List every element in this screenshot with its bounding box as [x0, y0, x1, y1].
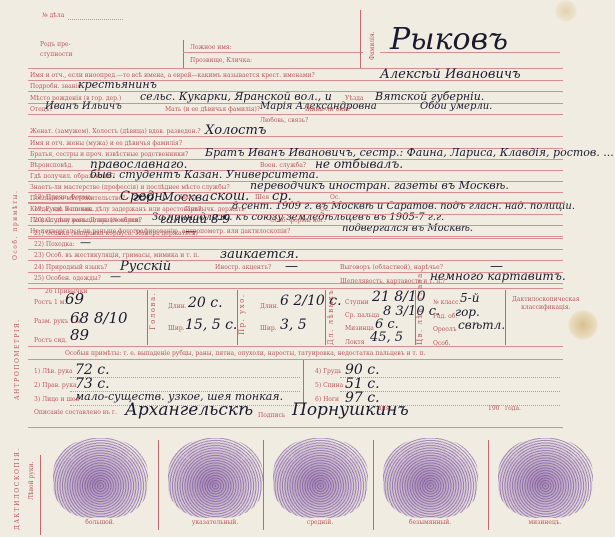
arm-span-value: 68 8/10 — [70, 311, 128, 326]
rule — [28, 288, 563, 289]
special-mark-label: 2) Прав. рука — [34, 383, 77, 389]
finger-label: указательный. — [160, 520, 270, 526]
numbered-value: скош. — [210, 190, 249, 203]
compiled-city: Архангельскѣ — [125, 402, 253, 419]
special-mark-label: 3) Лицо и шея — [34, 397, 79, 403]
case-number-line — [68, 19, 123, 20]
fingerprint-impression — [53, 438, 148, 518]
signature-value: Порнушкинъ — [292, 402, 409, 419]
numbered-value: галоши 8-9 — [160, 213, 230, 225]
divider — [263, 440, 264, 530]
false-name-divider — [183, 40, 184, 68]
left-hand-side-label: Лѣвой руки. — [28, 461, 35, 500]
height-value: 69 — [65, 292, 84, 307]
rule — [28, 202, 563, 203]
false-name-label: Ложное имя: — [190, 45, 232, 51]
forearm-value: 45, 5 — [370, 331, 403, 344]
field-label: Имя и отч. жены (мужа) и ее дѣвичья фами… — [30, 141, 182, 147]
head-length-label: Длин. — [168, 304, 187, 310]
rule — [28, 238, 563, 239]
day-label: дня — [378, 406, 389, 412]
eye-group-label: Цв. лѣв. глаза. — [416, 268, 424, 345]
field-label: Живы-ли они? — [305, 107, 350, 113]
police-registration-card: № дѣла Родъ пре- ступности Ложное имя: П… — [0, 0, 615, 537]
numbered-value: ср. — [272, 190, 292, 203]
rule — [28, 225, 563, 226]
field-label: Имя и отч., если иноопред.—то всѣ имена,… — [30, 73, 315, 79]
rule — [28, 114, 563, 115]
special-signs-side-label: Особ. примѣты. — [12, 190, 19, 260]
divider — [147, 290, 148, 345]
fingerprint-impression — [383, 438, 478, 518]
head-length-value: 20 с. — [188, 296, 223, 310]
year-label: 190 — [488, 406, 499, 412]
numbered-label: Ос. — [320, 207, 330, 213]
rule — [28, 136, 563, 137]
crime-type-label: Родъ пре- ступности — [40, 40, 73, 59]
numbered-value: Русскій — [120, 260, 171, 273]
fingerprint-impression — [168, 438, 263, 518]
sitting-height-label: Ростъ сид. — [34, 338, 67, 344]
field-label: Подробн. званіе — [30, 84, 81, 90]
field-value: Обои умерли. — [420, 102, 492, 112]
paper-stain — [555, 0, 577, 22]
fingerprint-box: указательный. — [160, 430, 270, 530]
surname-label: Фамилія. — [370, 31, 376, 60]
dactyloscopy-side-label: ДАКТИЛОСКОПІЯ. — [14, 447, 21, 530]
divider — [325, 290, 326, 345]
divider — [303, 360, 304, 405]
head-width-value: 15, 5 с. — [185, 318, 237, 332]
signature-label: Подпись — [258, 413, 285, 419]
numbered-label: Выговоръ (областной), нарѣчье? — [340, 265, 443, 271]
surname-value: Рыковъ — [390, 25, 508, 55]
nickname-label: Прозвище, Кличка: — [190, 58, 252, 64]
field-label: Мать (и ее дѣвичья фамилія)? — [165, 107, 260, 113]
numbered-value: — — [185, 226, 196, 237]
dactylo-class-label: Дактилоскопическая классификація. — [512, 296, 580, 313]
field-label: Женат. (замужем). Холостъ (дѣвица) вдов.… — [30, 129, 201, 135]
numbered-label: 19. Руки: Величин. — [34, 207, 94, 213]
head-width-label: Шир. — [168, 326, 185, 332]
field-label: Вѣроисповѣд. — [30, 163, 73, 169]
fingerprint-impression — [498, 438, 593, 518]
sitting-height-value: 89 — [70, 328, 89, 343]
field-value: крестьянинъ — [78, 79, 157, 90]
rule — [28, 192, 563, 193]
numbered-label: Ос. — [330, 195, 340, 201]
finger-label: средній. — [265, 520, 375, 526]
fingerprint-box: безымянный. — [375, 430, 485, 530]
divider — [488, 440, 489, 530]
finger-label: мизинецъ. — [490, 520, 600, 526]
ear-width-value: 3, 5 — [280, 318, 307, 332]
ear-group-label: Пр. ухо. — [238, 293, 246, 335]
numbered-label: 20) Ступни ногъ: Длин. (№ обуви) — [34, 218, 141, 224]
rule — [380, 52, 560, 53]
divider — [158, 440, 159, 530]
divider — [505, 290, 506, 345]
fingerprint-box: средній. — [265, 430, 375, 530]
foot-label: Ступни — [345, 300, 368, 306]
numbered-label: 18) Плечи: Форма. — [34, 195, 93, 201]
special-mark-label: 4) Грудь — [315, 369, 341, 375]
height-label: Ростъ 1 м. — [34, 300, 66, 306]
special-mark-value: 90 с. — [345, 363, 380, 377]
fingerprint-box: большой. — [45, 430, 155, 530]
special-marks-header: Особыя примѣты: т. е. выпаденіе рубцы, р… — [65, 351, 425, 357]
paper-stain — [568, 310, 598, 340]
dactyloscopy-divider — [40, 455, 41, 535]
numbered-value: — — [110, 271, 121, 282]
numbered-value: немного картавитъ. — [430, 270, 566, 282]
numbered-label: Иностр. акцентъ? — [215, 265, 271, 271]
rule — [28, 346, 563, 347]
numbered-label: 21) Осанка (выправка корпуса. Манера дер… — [34, 231, 198, 237]
rad-label: Рад. об. — [433, 314, 457, 320]
surname-divider — [360, 10, 361, 68]
rule — [183, 52, 363, 53]
special-mark-value: 73 с. — [75, 377, 110, 391]
divider — [373, 440, 374, 530]
special-mark-label: 1) Лѣв. рука — [34, 369, 73, 375]
field-label: Любовь, связь? — [260, 118, 308, 124]
numbered-label: 22) Походка: — [34, 242, 75, 248]
numbered-label: Накл. — [180, 195, 198, 201]
year-suffix: года. — [505, 406, 521, 412]
finger-label: большой. — [45, 520, 155, 526]
areola-label: Ореолъ — [433, 327, 457, 333]
head-group-label: Голова. — [149, 292, 157, 330]
fingerprint-impression — [273, 438, 368, 518]
ear-width-label: Шир. — [260, 326, 277, 332]
ear-length-label: Длин. — [260, 304, 279, 310]
fingerprint-box: мизинецъ. — [490, 430, 600, 530]
field-value: Братъ Иванъ Ивановичъ, сестр.: Фаина, Ла… — [205, 147, 614, 158]
class-value: 5-й — [460, 292, 479, 304]
numbered-label: 25) Особен. одежды? — [34, 276, 101, 282]
field-value: Алексѣй Ивановичъ — [380, 68, 521, 81]
special-mark-value: 72 с. — [75, 363, 110, 377]
numbered-label: Шея — [255, 195, 269, 201]
rule — [28, 283, 563, 284]
field-value: Холостъ — [205, 124, 266, 137]
case-number-label: № дѣла — [42, 13, 64, 19]
areola-value: свѣтл. — [458, 319, 505, 331]
numbered-label: 24) Природный языкъ? — [34, 265, 107, 271]
compiled-label: Описаніе составлено въ г. — [34, 410, 117, 416]
rule — [28, 214, 563, 215]
numbered-label: 23) Особ. въ жестикуляціи, гримасы, мими… — [34, 253, 199, 259]
anthropometry-side-label: АНТРОПОМЕТРІЯ. — [14, 318, 21, 400]
special-mark-value: 51 с. — [345, 377, 380, 391]
left-group-label: Дл. лѣвыхъ — [327, 289, 335, 345]
finger-label: безымянный. — [375, 520, 485, 526]
field-value: Иванъ Ильичъ — [45, 102, 122, 112]
rad-value: гор. — [455, 306, 480, 318]
numbered-value: Средн. — [120, 190, 167, 203]
numbered-value: — — [80, 237, 91, 248]
rule — [28, 427, 563, 428]
numbered-label: Особ. формы ног. — [270, 218, 325, 224]
numbered-value: — — [285, 260, 298, 273]
rule — [28, 359, 563, 360]
field-value: не отбывалъ. — [315, 158, 403, 170]
special-mark-label: 5) Спина — [315, 383, 343, 389]
